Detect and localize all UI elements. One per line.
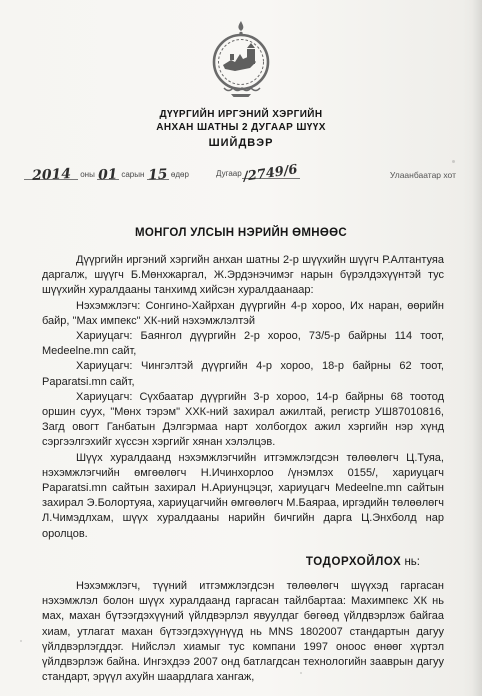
number-label: Дугаар [216,169,242,178]
page-title: МОНГОЛ УЛСЫН НЭРИЙН ӨМНӨӨС [0,227,482,239]
paragraph-plaintiff-statement: Нэхэмжлэгч, түүний итгэмжлэгдсэн төлөөлө… [42,579,444,685]
handwritten-day: 15 [148,170,168,179]
scanned-court-decision-page: ДҮҮРГИЙН ИРГЭНИЙ ХЭРГИЙН АНХАН ШАТНЫ 2 Д… [0,0,482,696]
scan-speck [452,160,455,163]
day-blank: 15 [147,169,169,180]
court-name-line2: АНХАН ШАТНЫ 2 ДУГААР ШҮҮХ [0,122,482,135]
scan-speck [20,640,22,642]
number-blank: /2749/6 [242,169,300,179]
section-heading-bold: ТОДОРХОЙЛОХ [306,556,401,568]
mongolian-state-emblem-icon [189,18,293,98]
section-heading-suffix: нь: [401,556,420,568]
document-type-title: ШИЙДВЭР [0,137,482,149]
court-name: ДҮҮРГИЙН ИРГЭНИЙ ХЭРГИЙН АНХАН ШАТНЫ 2 Д… [0,109,482,134]
section-heading: ТОДОРХОЙЛОХ нь: [42,555,420,570]
court-name-line1: ДҮҮРГИЙН ИРГЭНИЙ ХЭРГИЙН [0,109,482,122]
handwritten-year: 2014 [31,170,70,180]
handwritten-month: 01 [98,170,118,179]
paragraph-defendant-3: Хариуцагч: Сүхбаатар дүүргийн 3-р хороо,… [42,390,444,451]
paragraph-plaintiff: Нэхэмжлэгч: Сонгино-Хайрхан дүүргийн 4-р… [42,299,444,329]
dateline-row: 2014 оны 01 сарын 15 өдөр Дугаар/2749/6 … [0,157,482,191]
paragraph-defendant-1: Хариуцагч: Баянгол дүүргийн 2-р хороо, 7… [42,329,444,359]
emblem-container [0,0,482,103]
month-blank: 01 [97,169,119,180]
paragraph-participants: Шүүх хуралдаанд нэхэмжлэгчийн итгэмжлэгд… [42,451,444,542]
scan-speck [300,672,302,674]
paragraph-court-panel: Дүүргийн иргэний хэргийн анхан шатны 2-р… [42,253,444,299]
year-blank: 2014 [24,169,78,180]
handwritten-case-number: /2749/6 [243,166,298,182]
date-fields: 2014 оны 01 сарын 15 өдөр [24,169,189,180]
city-label: Улаанбаатар хот [390,170,456,180]
case-number-field: Дугаар/2749/6 [216,169,300,179]
year-label: оны [80,170,95,179]
paragraph-defendant-2: Хариуцагч: Чингэлтэй дүүргийн 4-р хороо,… [42,359,444,389]
decision-body: Дүүргийн иргэний хэргийн анхан шатны 2-р… [42,253,444,685]
day-label: өдөр [171,170,189,179]
month-label: сарын [121,170,144,179]
